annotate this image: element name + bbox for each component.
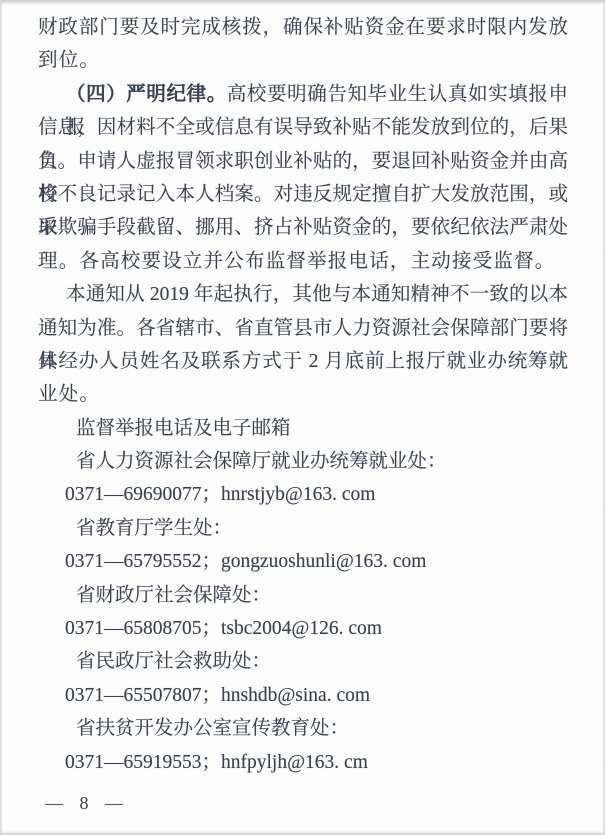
text-run: 省财政厅社会保障处： (76, 585, 271, 606)
text-line: 监督举报电话及电子邮箱 (38, 412, 568, 445)
text-line: 0371—65795552；gongzuoshunli@163. com (38, 545, 568, 578)
text-run: 0371—65919553；hnfpyljh@163. cm (65, 752, 368, 773)
text-line: 0371—65808705；tsbc2004@126. com (38, 612, 568, 645)
text-line: 0371—65919553；hnfpyljh@163. cm (38, 746, 568, 779)
text-line: 取欺骗手段截留、挪用、挤占补贴资金的，要依纪依法严肃处 (38, 211, 568, 244)
text-run: 本通知从 2019 年起执行，其他与本通知精神不一致的以本 (66, 284, 568, 305)
scan-edge-left (0, 0, 3, 835)
text-run: 到位。 (38, 50, 100, 71)
text-run: 0371—69690077；hnrstjyb@163. com (65, 484, 375, 505)
text-run: 取欺骗手段截留、挪用、挤占补贴资金的，要依纪依法严肃处 (38, 217, 568, 238)
text-line: （四）严明纪律。高校要明确告知毕业生认真如实填报申报 (38, 78, 568, 111)
scan-edge-top (0, 0, 605, 5)
text-run: 业处。 (38, 384, 100, 405)
text-line: 省教育厅学生处： (38, 512, 568, 545)
heading-run: （四）严明纪律。 (66, 84, 227, 105)
text-run: 0371—65795552；gongzuoshunli@163. com (65, 551, 426, 572)
text-line: 省扶贫开发办公室宣传教育处： (38, 712, 568, 745)
text-run: 0371—65507807；hnshdb@sina. com (65, 685, 370, 706)
text-line: 理。各高校要设立并公布监督举报电话，主动接受监督。 (38, 245, 568, 278)
text-line: 0371—65507807；hnshdb@sina. com (38, 679, 568, 712)
text-run: 省扶贫开发办公室宣传教育处： (76, 718, 349, 739)
text-line: 负。申请人虚报冒领求职创业补贴的，要退回补贴资金并由高校 (38, 145, 568, 178)
text-line: 本通知从 2019 年起执行，其他与本通知精神不一致的以本 (38, 278, 568, 311)
text-line: 到位。 (38, 44, 568, 77)
text-run: 省教育厅学生处： (76, 518, 232, 539)
text-line: 通知为准。各省辖市、省直管县市人力资源社会保障部门要将具 (38, 312, 568, 345)
text-run: 体经办人员姓名及联系方式于 2 月底前上报厅就业办统筹就 (38, 351, 568, 372)
text-line: 财政部门要及时完成核拨，确保补贴资金在要求时限内发放 (38, 11, 568, 44)
text-run: 省人力资源社会保障厅就业办统筹就业处： (76, 451, 447, 472)
text-line: 省民政厅社会救助处： (38, 645, 568, 678)
text-line: 业处。 (38, 378, 568, 411)
text-line: 省人力资源社会保障厅就业办统筹就业处： (38, 445, 568, 478)
text-run: 理。各高校要设立并公布监督举报电话，主动接受监督。 (38, 251, 556, 272)
text-line: 体经办人员姓名及联系方式于 2 月底前上报厅就业办统筹就 (38, 345, 568, 378)
text-line: 省财政厅社会保障处： (38, 579, 568, 612)
document-page: 财政部门要及时完成核拨，确保补贴资金在要求时限内发放到位。（四）严明纪律。高校要… (0, 0, 605, 835)
page-number: — 8 — (45, 793, 129, 814)
scan-edge-bottom (0, 831, 605, 835)
text-run: 财政部门要及时完成核拨，确保补贴资金在要求时限内发放 (38, 17, 568, 38)
document-body: 财政部门要及时完成核拨，确保补贴资金在要求时限内发放到位。（四）严明纪律。高校要… (38, 11, 568, 779)
text-line: 将不良记录记入本人档案。对违反规定擅自扩大发放范围，或采 (38, 178, 568, 211)
text-run: 0371—65808705；tsbc2004@126. com (65, 618, 382, 639)
text-run: 监督举报电话及电子邮箱 (76, 418, 291, 439)
text-run: 省民政厅社会救助处： (76, 651, 271, 672)
text-line: 信息，因材料不全或信息有误导致补贴不能发放到位的，后果自 (38, 111, 568, 144)
text-line: 0371—69690077；hnrstjyb@163. com (38, 478, 568, 511)
